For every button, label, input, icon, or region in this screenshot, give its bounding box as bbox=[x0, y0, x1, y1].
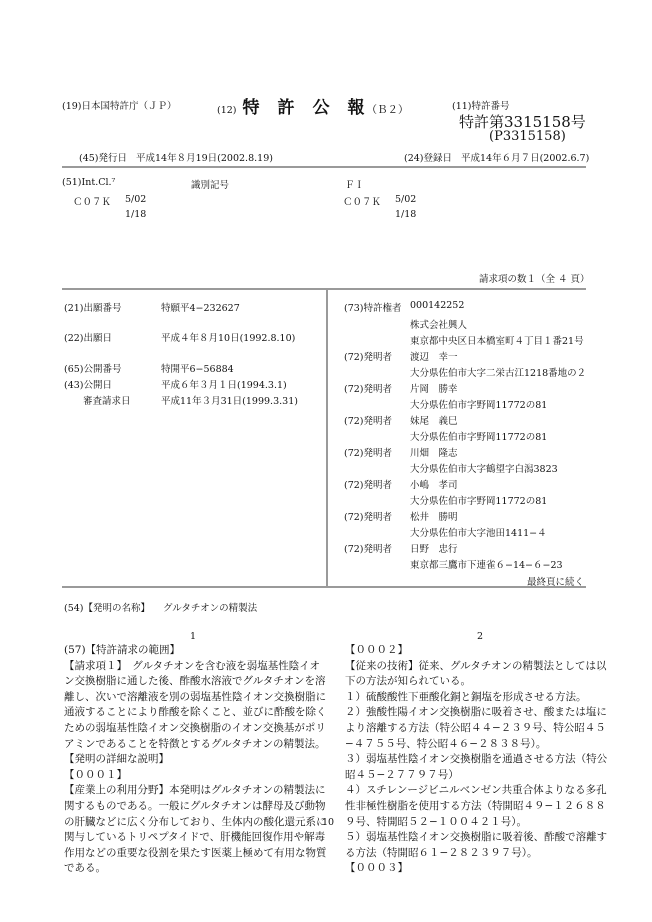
bibliography-column-divider bbox=[326, 289, 328, 587]
inventor-label: (72)発明者 bbox=[344, 381, 392, 395]
bibliography-bottom-divider bbox=[62, 586, 586, 588]
examination-request-date: 平成11年３月31日(1999.3.31) bbox=[161, 393, 298, 407]
patentee-name: 株式会社興人 bbox=[410, 317, 467, 331]
text-line: より溶離する方法（特公昭４４−２３９号、特公昭４５ bbox=[345, 721, 606, 737]
registration-date: 平成14年６月７日(2002.6.7) bbox=[461, 150, 589, 164]
inventor-label: (72)発明者 bbox=[344, 413, 392, 427]
text-line: ４）スチレンージビニルベンゼン共重合体よりなる多孔 bbox=[345, 783, 607, 799]
inventor-address: 東京都三鷹市下連雀６−14−６−23 bbox=[410, 557, 563, 571]
patentee-address: 東京都中央区日本橋室町４丁目１番21号 bbox=[410, 333, 584, 347]
identification-symbol-label: 識別記号 bbox=[191, 177, 229, 191]
text-line: 【０００３】 bbox=[345, 861, 408, 877]
title-char: 特 bbox=[243, 93, 260, 118]
text-line: ３）弱塩基性陰イオン交換樹脂を通過させる方法（特公 bbox=[345, 752, 607, 768]
patentee-id: 000142252 bbox=[410, 300, 464, 311]
publication-date: 平成６年３月１日(1994.3.1) bbox=[161, 377, 287, 391]
fi-label: ＦＩ bbox=[345, 177, 364, 191]
examination-request-date-label: 審査請求日 bbox=[83, 393, 131, 407]
inventor-address: 大分県佐伯市大字池田1411−４ bbox=[410, 525, 547, 539]
inventor-address: 大分県佐伯市字野岡11772の81 bbox=[410, 397, 547, 411]
document-title: (12) 特 許 公 報 （Ｂ２） bbox=[217, 93, 409, 118]
publication-number-label: (65)公開番号 bbox=[64, 361, 122, 375]
inventor-address: 大分県佐伯市大字鶴望字白潟3823 bbox=[410, 461, 558, 475]
text-line: 下の方法が知られている。 bbox=[345, 674, 471, 690]
text-line: (57)【特許請求の範囲】 bbox=[64, 643, 180, 659]
text-line: 関与しているトリペプタイドで、肝機能回復作用や解毒 bbox=[64, 830, 325, 846]
application-number: 特願平4−232627 bbox=[161, 300, 240, 314]
text-line: １）硫酸酸性下亜酸化銅と銅塩を形成させる方法。 bbox=[345, 690, 587, 706]
inventor-label: (72)発明者 bbox=[344, 541, 392, 555]
inventor-name: 川畑 隆志 bbox=[410, 445, 458, 459]
intcl-label: (51)Int.Cl.⁷ bbox=[62, 177, 115, 188]
invention-title-label: (54)【発明の名称】 bbox=[64, 600, 150, 614]
text-line: 作用などの重要な役割を果たす医薬上極めて有用な物質 bbox=[64, 846, 327, 862]
application-date-label: (22)出願日 bbox=[64, 330, 112, 344]
publication-number: 特開平6−56884 bbox=[161, 361, 234, 375]
inventor-name: 妹尾 義巳 bbox=[410, 413, 458, 427]
text-line: ９号、特開昭５２−１００４２１号）。 bbox=[345, 815, 527, 831]
text-line: 性非極性樹脂を使用する方法（特開昭４９−１２６８８ bbox=[345, 799, 606, 815]
inventor-name: 小嶋 孝司 bbox=[410, 477, 458, 491]
text-line: 【０００１】 bbox=[64, 768, 127, 784]
column-number-1: 1 bbox=[190, 631, 196, 642]
title-char: 報 bbox=[348, 93, 365, 118]
inventor-label: (72)発明者 bbox=[344, 509, 392, 523]
header-divider bbox=[62, 166, 586, 168]
fi-code: Ｃ０７Ｋ bbox=[343, 194, 381, 208]
text-line: 【０００２】 bbox=[345, 643, 408, 659]
fi-subclass: 1/18 bbox=[395, 209, 416, 220]
text-line: 【発明の詳細な説明】 bbox=[64, 752, 169, 768]
patentee-label: (73)特許権者 bbox=[344, 300, 402, 314]
column-number-2: 2 bbox=[477, 631, 483, 642]
inventor-address: 大分県佐伯市字野岡11772の81 bbox=[410, 429, 547, 443]
inventor-address: 大分県佐伯市字野岡11772の81 bbox=[410, 493, 547, 507]
document-kind-code: (12) bbox=[217, 105, 237, 116]
document-kind: （Ｂ２） bbox=[367, 102, 409, 117]
application-date: 平成４年８月10日(1992.8.10) bbox=[161, 330, 295, 344]
text-line: アミンであることを特徴とするグルタチオンの精製法。 bbox=[64, 737, 326, 753]
text-line: ン交換樹脂に通した後、酢酸水溶液でグルタチオンを溶 bbox=[64, 674, 326, 690]
text-line: 【産業上の利用分野】本発明はグルタチオンの精製法に bbox=[64, 783, 326, 799]
text-line: 昭４５−２７７９７号） bbox=[345, 768, 459, 784]
invention-title: グルタチオンの精製法 bbox=[163, 600, 257, 614]
text-line: ２）強酸性陽イオン交換樹脂に吸着させ、酸または塩に bbox=[345, 705, 607, 721]
issuing-office: (19)日本国特許庁（ＪＰ） bbox=[62, 98, 177, 112]
claims-count: 請求項の数１（全 ４ 頁） bbox=[479, 271, 590, 285]
inventor-label: (72)発明者 bbox=[344, 445, 392, 459]
inventor-name: 片岡 勝幸 bbox=[410, 381, 458, 395]
text-line: である。 bbox=[64, 861, 106, 877]
text-line: 通液することにより酢酸を除くこと、並びに酢酸を除く bbox=[64, 705, 327, 721]
inventor-name: 松井 勝明 bbox=[410, 509, 458, 523]
text-line: 【請求項１】 グルタチオンを含む液を弱塩基性陰イオ bbox=[64, 659, 320, 675]
issue-date-label: (45)発行日 bbox=[79, 150, 127, 164]
title-char: 公 bbox=[313, 93, 330, 118]
bibliography-top-divider bbox=[62, 288, 586, 290]
intcl-code: Ｃ０７Ｋ bbox=[73, 194, 111, 208]
text-line: −４７５５号、特公昭４６−２８３８号）。 bbox=[345, 737, 546, 753]
inventor-label: (72)発明者 bbox=[344, 477, 392, 491]
text-line: ための弱塩基性陰イオン交換樹脂のイオン交換基がポリ bbox=[64, 721, 326, 737]
publication-date-label: (43)公開日 bbox=[64, 377, 112, 391]
intcl-subclass: 1/18 bbox=[125, 209, 146, 220]
patent-number-label: (11)特許番号 bbox=[452, 98, 510, 112]
patent-number-alt: (P3315158) bbox=[489, 129, 566, 144]
text-line: ５）弱塩基性陰イオン交換樹脂に吸着後、酢酸で溶離す bbox=[345, 830, 607, 846]
text-line: 離し、次いで溶離液を別の弱塩基性陰イオン交換樹脂に bbox=[64, 690, 326, 706]
intcl-subclass: 5/02 bbox=[125, 194, 146, 205]
registration-date-label: (24)登録日 bbox=[404, 150, 452, 164]
inventor-name: 日野 忠行 bbox=[410, 541, 458, 555]
text-line: 【従来の技術】従来、グルタチオンの精製法としては以 bbox=[345, 659, 607, 675]
line-number-marker: 10 bbox=[322, 817, 334, 828]
issue-date: 平成14年８月19日(2002.8.19) bbox=[136, 150, 273, 164]
fi-subclass: 5/02 bbox=[395, 194, 416, 205]
text-line: 関するものである。一般にグルタチオンは酵母及び動物 bbox=[64, 799, 326, 815]
application-number-label: (21)出願番号 bbox=[64, 300, 122, 314]
text-line: る方法（特開昭６１−２８２３９７号）。 bbox=[345, 846, 538, 862]
inventor-label: (72)発明者 bbox=[344, 349, 392, 363]
inventor-address: 大分県佐伯市大字二栄古江1218番地の２ bbox=[410, 365, 586, 379]
inventor-name: 渡辺 幸一 bbox=[410, 349, 458, 363]
title-char: 許 bbox=[278, 93, 295, 118]
text-line: の肝臓などに広く分布しており、生体内の酸化還元系に bbox=[64, 815, 327, 831]
